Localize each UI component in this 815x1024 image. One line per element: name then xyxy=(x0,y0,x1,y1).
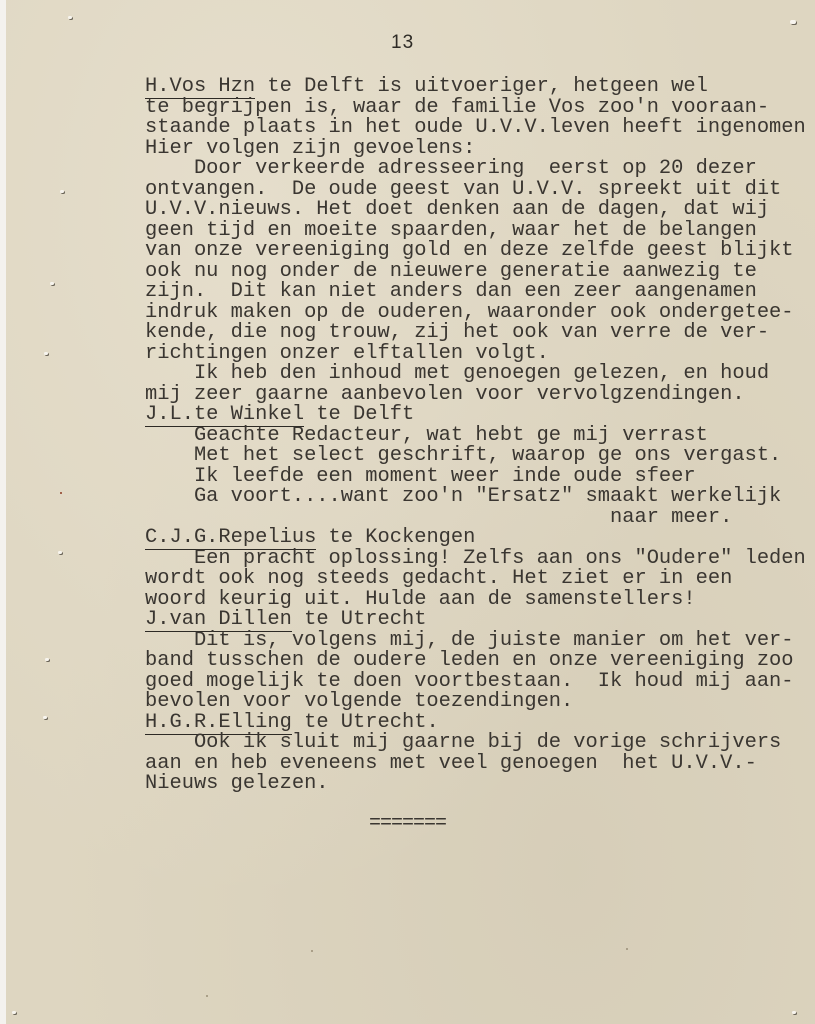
text-line: Ik leefde een moment weer inde oude sfee… xyxy=(145,467,806,488)
correspondent-heading: J.L.te Winkel te Delft xyxy=(145,405,806,426)
text-line: Met het select geschrift, waarop ge ons … xyxy=(145,446,806,467)
letter-body: H.Vos Hzn te Delft is uitvoeriger, hetge… xyxy=(145,77,806,795)
punch-hole-mark xyxy=(12,1011,16,1014)
text-line: Ik heb den inhoud met genoegen gelezen, … xyxy=(145,364,806,385)
ink-speck xyxy=(60,492,62,494)
punch-hole-mark xyxy=(60,190,64,193)
text-line: U.V.V.nieuws. Het doet denken aan de dag… xyxy=(145,200,806,221)
paper-speck xyxy=(626,948,628,950)
page-number: 13 xyxy=(391,32,414,54)
text-line: Geachte Redacteur, wat hebt ge mij verra… xyxy=(145,426,806,447)
text-line: te begrijpen is, waar de familie Vos zoo… xyxy=(145,98,806,119)
correspondent-heading: J.van Dillen te Utrecht xyxy=(145,610,806,631)
text-line: geen tijd en moeite spaarden, waar het d… xyxy=(145,221,806,242)
punch-hole-mark xyxy=(50,282,54,285)
text-line: Ga voort....want zoo'n "Ersatz" smaakt w… xyxy=(145,487,806,508)
punch-hole-mark xyxy=(58,551,62,554)
text-line: Ook ik sluit mij gaarne bij de vorige sc… xyxy=(145,733,806,754)
text-line: Hier volgen zijn gevoelens: xyxy=(145,139,806,160)
correspondent-location: te Utrecht xyxy=(292,608,427,631)
text-line: naar meer. xyxy=(145,508,806,529)
text-line: Nieuws gelezen. xyxy=(145,774,806,795)
punch-hole-mark xyxy=(43,716,47,719)
correspondent-heading: C.J.G.Repelius te Kockengen xyxy=(145,528,806,549)
correspondent-heading: H.G.R.Elling te Utrecht. xyxy=(145,713,806,734)
correspondent-location: te Delft xyxy=(304,403,414,426)
correspondent-location: te Kockengen xyxy=(316,526,475,549)
text-line: bevolen voor volgende toezendingen. xyxy=(145,692,806,713)
text-line: richtingen onzer elftallen volgt. xyxy=(145,344,806,365)
correspondent-heading: H.Vos Hzn te Delft is uitvoeriger, hetge… xyxy=(145,77,806,98)
punch-hole-mark xyxy=(45,658,49,661)
text-line: Dit is, volgens mij, de juiste manier om… xyxy=(145,631,806,652)
text-line: ook nu nog onder de nieuwere generatie a… xyxy=(145,262,806,283)
text-line: aan en heb eveneens met veel genoegen he… xyxy=(145,754,806,775)
paper-speck xyxy=(311,950,313,952)
text-line: van onze vereeniging gold en deze zelfde… xyxy=(145,241,806,262)
correspondent-location: te Delft is uitvoeriger, hetgeen wel xyxy=(255,75,708,98)
text-line: mij zeer gaarne aanbevolen voor vervolgz… xyxy=(145,385,806,406)
text-line: Een pracht oplossing! Zelfs aan ons "Oud… xyxy=(145,549,806,570)
text-line: indruk maken op de ouderen, waaronder oo… xyxy=(145,303,806,324)
text-line: zijn. Dit kan niet anders dan een zeer a… xyxy=(145,282,806,303)
section-divider: ======= xyxy=(369,812,446,835)
text-line: staande plaats in het oude U.V.V.leven h… xyxy=(145,118,806,139)
text-line: kende, die nog trouw, zij het ook van ve… xyxy=(145,323,806,344)
punch-hole-mark xyxy=(44,352,48,355)
paper-speck xyxy=(206,995,208,997)
text-line: wordt ook nog steeds gedacht. Het ziet e… xyxy=(145,569,806,590)
punch-hole-mark xyxy=(68,16,72,19)
text-line: goed mogelijk te doen voortbestaan. Ik h… xyxy=(145,672,806,693)
text-line: woord keurig uit. Hulde aan de samenstel… xyxy=(145,590,806,611)
text-line: band tusschen de oudere leden en onze ve… xyxy=(145,651,806,672)
punch-hole-mark xyxy=(792,1011,796,1014)
text-line: Door verkeerde adresseering eerst op 20 … xyxy=(145,159,806,180)
text-line: ontvangen. De oude geest van U.V.V. spre… xyxy=(145,180,806,201)
punch-hole-mark xyxy=(790,20,796,24)
